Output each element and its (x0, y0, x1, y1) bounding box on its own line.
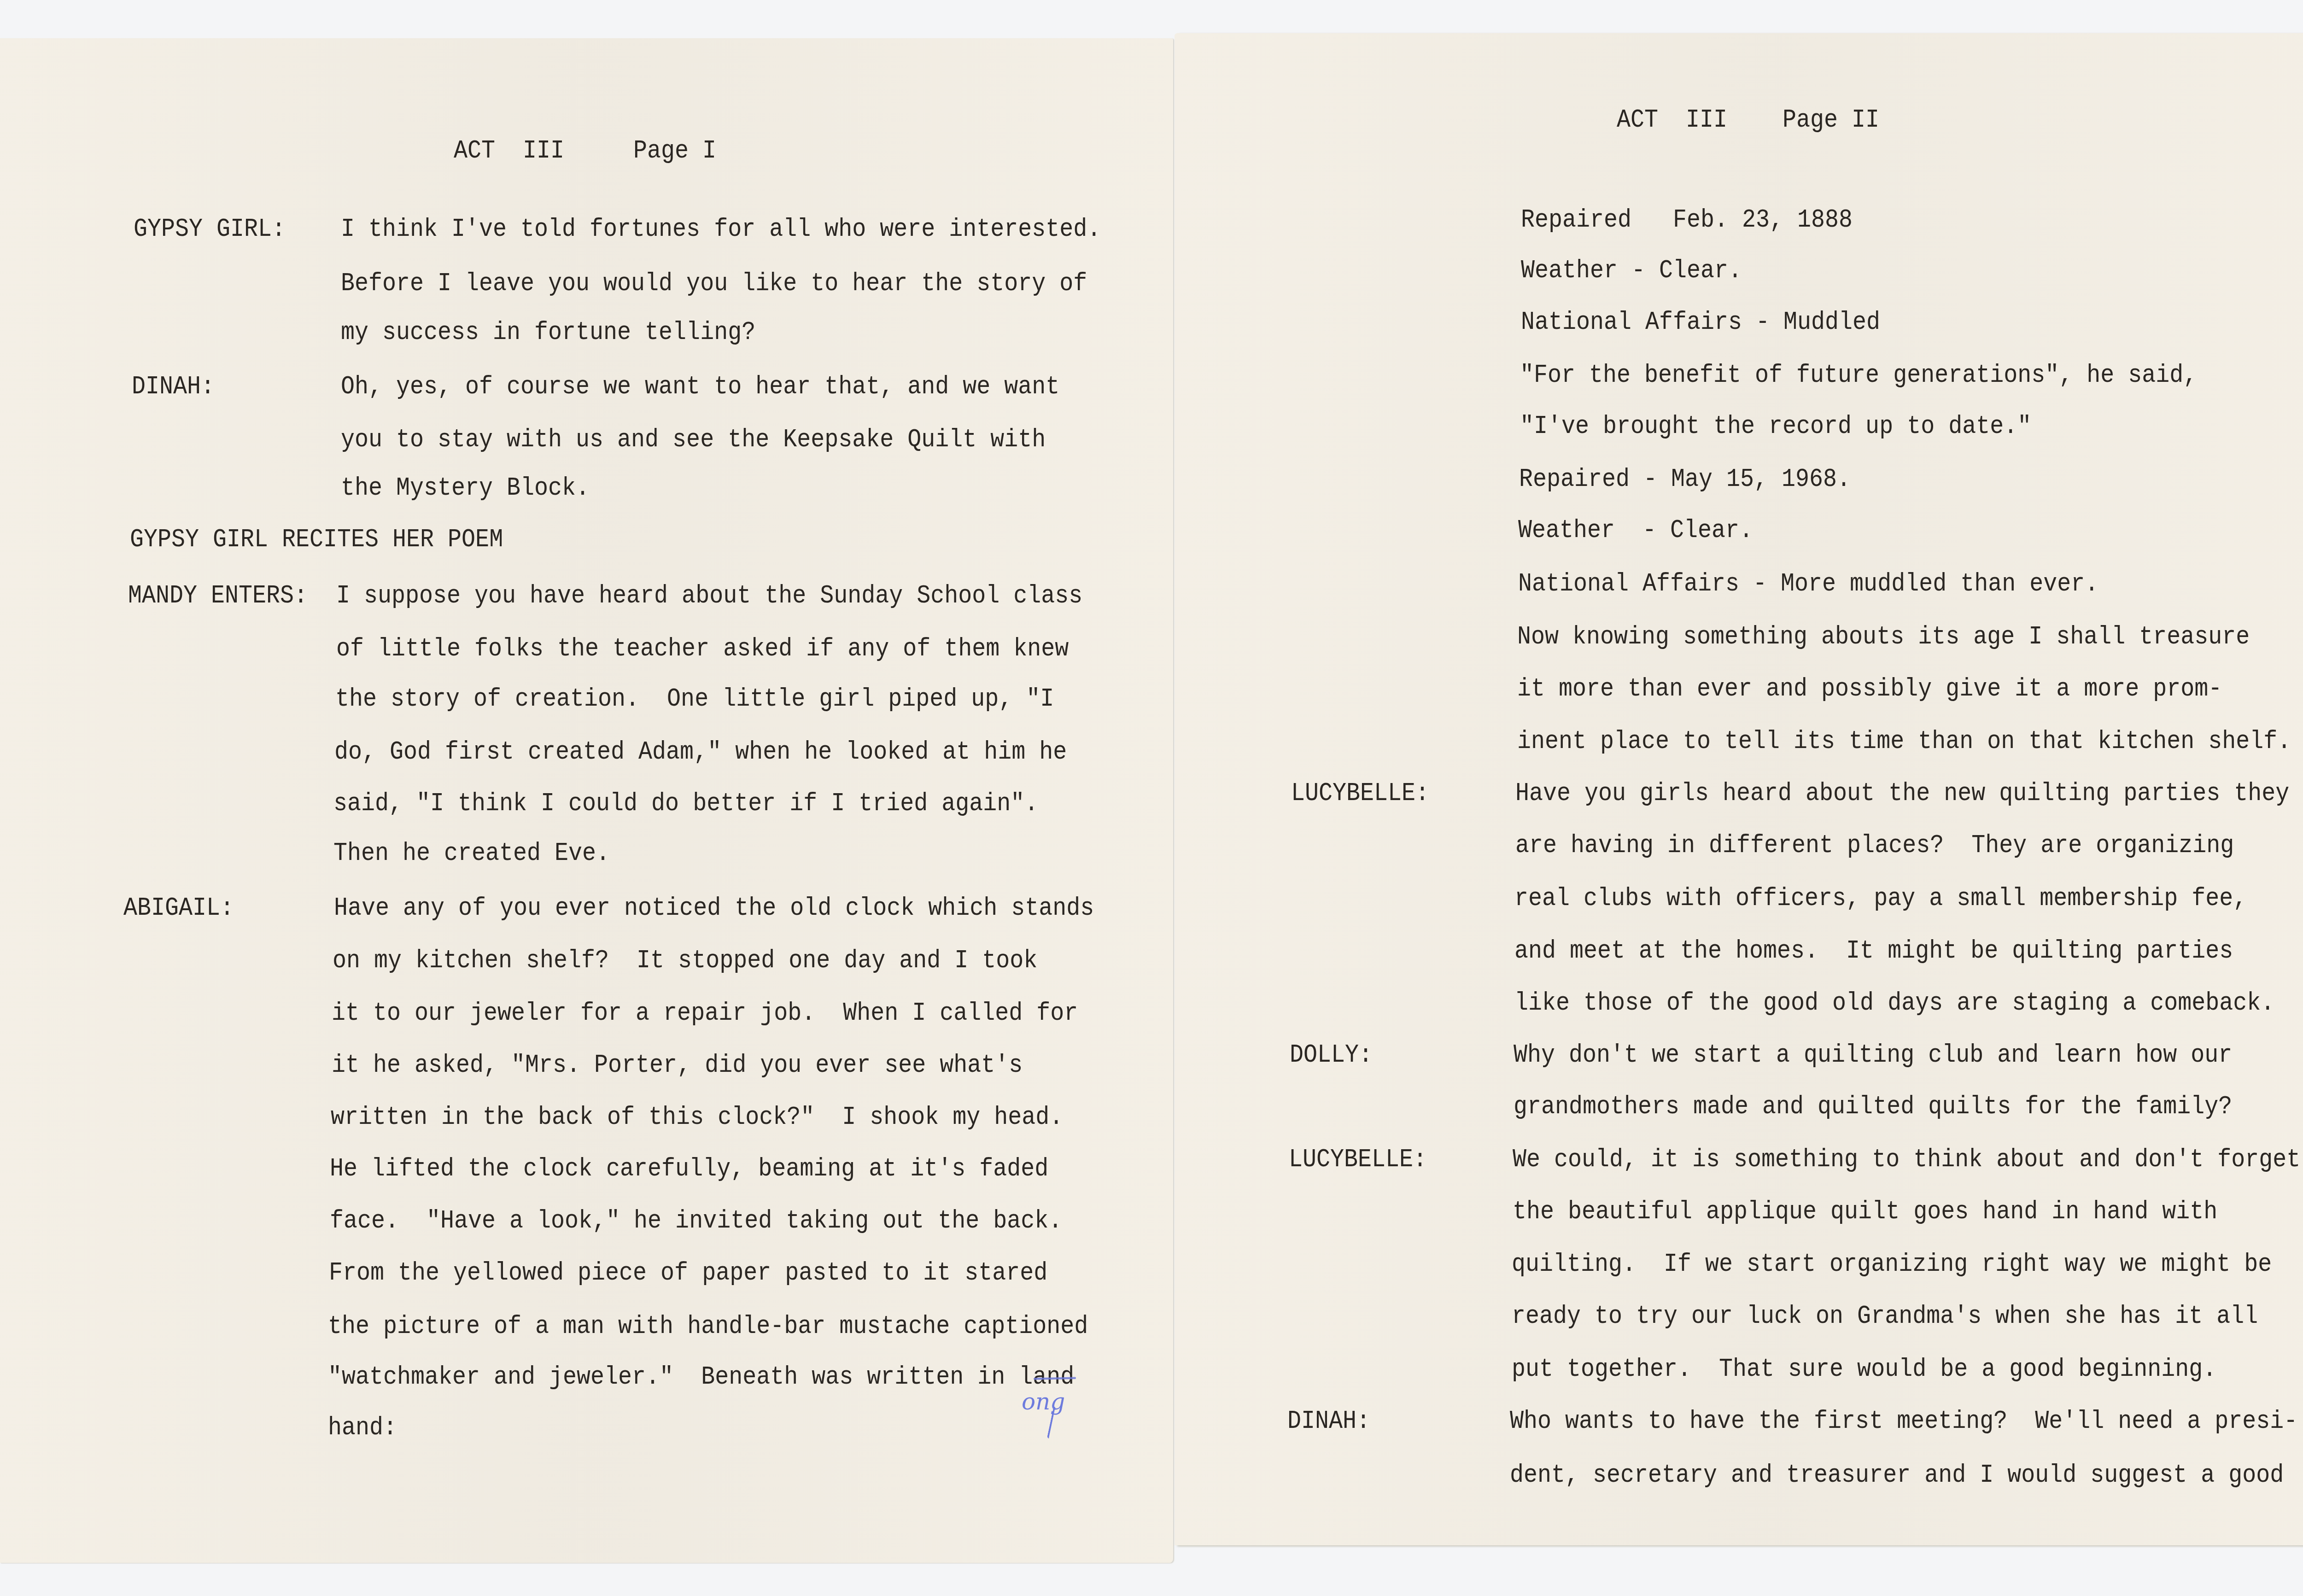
dialogue-line: National Affairs - More muddled than eve… (1518, 569, 2098, 600)
page-header: ACT III Page II (1617, 105, 1879, 136)
dialogue-line: the story of creation. One little girl p… (335, 684, 1054, 715)
speaker-name: ABIGAIL: (123, 893, 234, 924)
speaker-name: LUCYBELLE: (1291, 778, 1429, 809)
dialogue-line: you to stay with us and see the Keepsake… (341, 425, 1046, 456)
dialogue-line: hand: (328, 1413, 397, 1444)
dialogue-line: Before I leave you would you like to hea… (341, 269, 1087, 299)
dialogue-line: He lifted the clock carefully, beaming a… (330, 1154, 1048, 1185)
dialogue-line: face. "Have a look," he invited taking o… (330, 1206, 1062, 1237)
dialogue-line: and meet at the homes. It might be quilt… (1514, 936, 2233, 967)
dialogue-line: Repaired - May 15, 1968. (1519, 464, 1851, 495)
dialogue-line: Have any of you ever noticed the old clo… (334, 893, 1094, 924)
speaker-name: DOLLY: (1290, 1040, 1373, 1071)
dialogue-line: "For the benefit of future generations",… (1520, 360, 2197, 391)
dialogue-line: Now knowing something abouts its age I s… (1517, 622, 2250, 653)
dialogue-line: put together. That sure would be a good … (1512, 1354, 2216, 1385)
dialogue-line: "watchmaker and jeweler." Beneath was wr… (328, 1362, 1074, 1393)
dialogue-line: We could, it is something to think about… (1513, 1145, 2303, 1175)
dialogue-line: my success in fortune telling? (341, 317, 755, 348)
dialogue-line: the beautiful applique quilt goes hand i… (1513, 1197, 2217, 1228)
speaker-name: GYPSY GIRL: (134, 214, 286, 245)
dialogue-line: quilting. If we start organizing right w… (1512, 1249, 2272, 1280)
dialogue-line: of little folks the teacher asked if any… (336, 634, 1069, 665)
speaker-name: DINAH: (1287, 1406, 1370, 1437)
dialogue-line: From the yellowed piece of paper pasted … (329, 1258, 1047, 1289)
dialogue-line: do, God first created Adam," when he loo… (334, 737, 1067, 768)
speaker-name: MANDY ENTERS: (128, 581, 308, 612)
dialogue-line: I think I've told fortunes for all who w… (341, 214, 1101, 245)
dialogue-line: National Affairs - Muddled (1521, 307, 1880, 338)
dialogue-line: the Mystery Block. (341, 473, 590, 504)
struck-text: and (1033, 1362, 1074, 1392)
dialogue-line: grandmothers made and quilted quilts for… (1514, 1092, 2232, 1122)
dialogue-line: it to our jeweler for a repair job. When… (332, 998, 1078, 1029)
dialogue-line: inent place to tell its time than on tha… (1517, 726, 2291, 757)
dialogue-line: are having in different places? They are… (1515, 830, 2234, 861)
dialogue-line: real clubs with officers, pay a small me… (1514, 883, 2247, 914)
dialogue-line: Repaired Feb. 23, 1888 (1521, 205, 1853, 236)
dialogue-line: on my kitchen shelf? It stopped one day … (333, 946, 1037, 976)
dialogue-line: Why don't we start a quilting club and l… (1514, 1040, 2232, 1071)
dialogue-line: written in the back of this clock?" I sh… (331, 1102, 1063, 1133)
dialogue-line: "I've brought the record up to date." (1520, 411, 2031, 442)
dialogue-line: ready to try our luck on Grandma's when … (1512, 1301, 2258, 1332)
dialogue-line: Who wants to have the first meeting? We'… (1510, 1406, 2297, 1437)
dialogue-line: Then he created Eve. (333, 838, 610, 869)
dialogue-line: the picture of a man with handle-bar mus… (328, 1311, 1088, 1342)
dialogue-line: it more than ever and possibly give it a… (1517, 674, 2222, 705)
speaker-name: LUCYBELLE: (1289, 1145, 1427, 1175)
dialogue-line: Have you girls heard about the new quilt… (1515, 778, 2289, 809)
dialogue-line: Weather - Clear. (1518, 515, 1753, 546)
dialogue-line: Weather - Clear. (1521, 256, 1742, 286)
dialogue-line: I suppose you have heard about the Sunda… (336, 581, 1082, 612)
dialogue-line: said, "I think I could do better if I tr… (333, 789, 1038, 819)
dialogue-line: Oh, yes, of course we want to hear that,… (341, 372, 1059, 403)
speaker-name: DINAH: (132, 372, 215, 403)
dialogue-line: it he asked, "Mrs. Porter, did you ever … (332, 1050, 1023, 1081)
page-header: ACT III Page I (454, 136, 716, 167)
dialogue-line: dent, secretary and treasurer and I woul… (1510, 1460, 2284, 1491)
dialogue-line: like those of the good old days are stag… (1514, 988, 2274, 1019)
stage-direction: GYPSY GIRL RECITES HER POEM (130, 525, 503, 555)
